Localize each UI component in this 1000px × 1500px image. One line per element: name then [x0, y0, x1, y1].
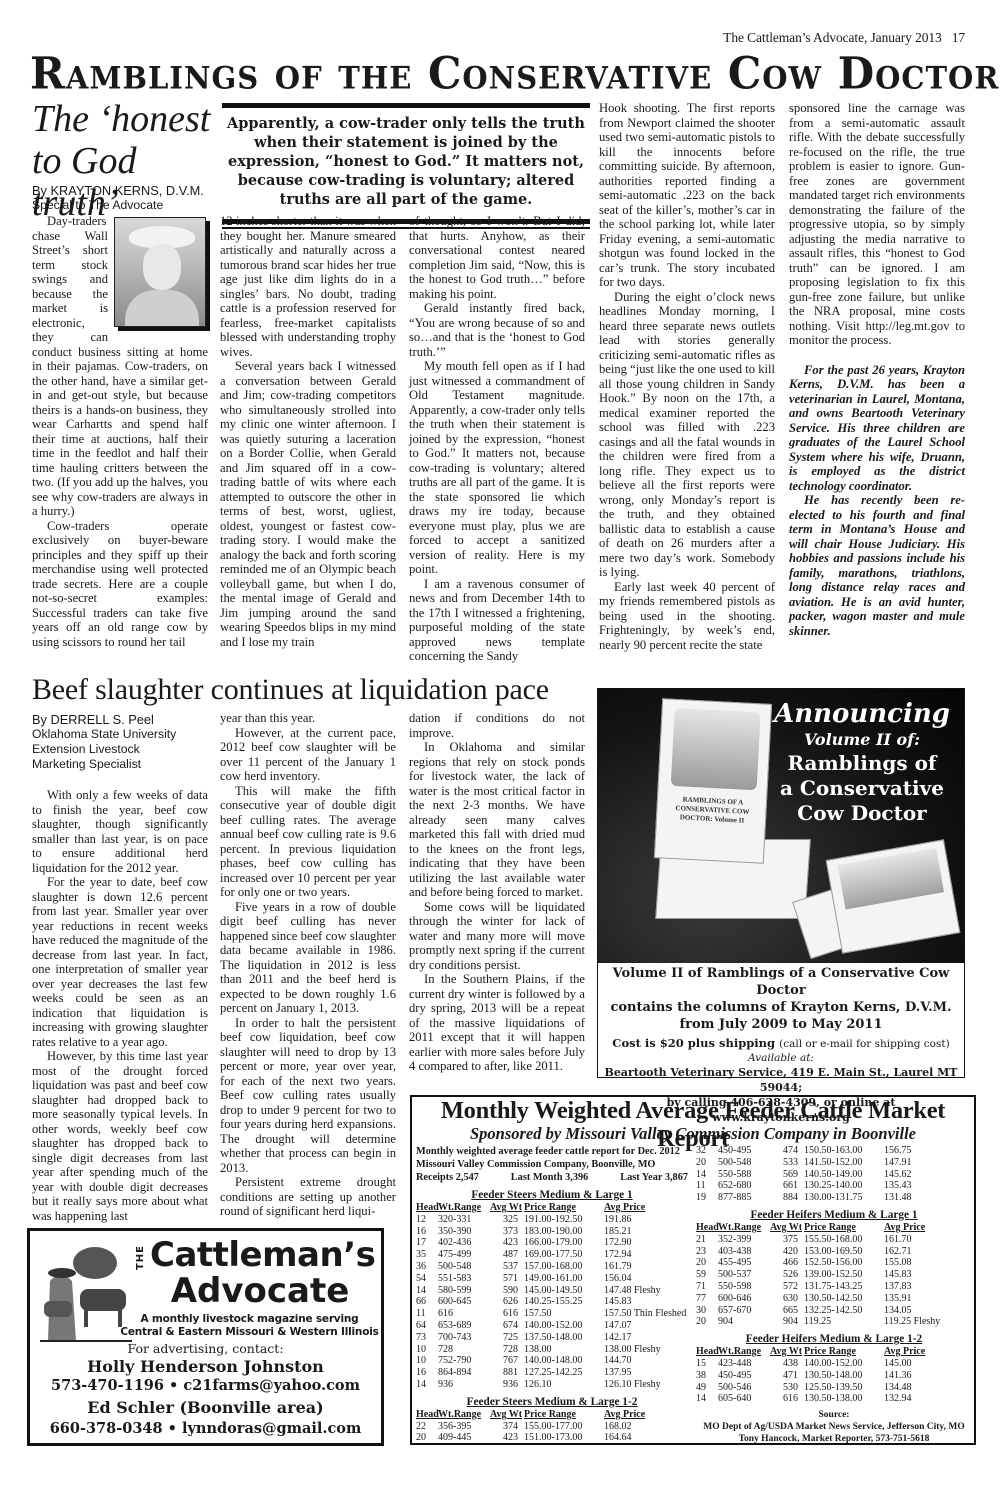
table-header: HeadWt.RangeAvg WtPrice RangeAvg Price: [416, 1202, 688, 1214]
cell-avg-price: 155.08: [884, 1257, 972, 1269]
cell-price-range: 152.50-156.00: [804, 1257, 884, 1269]
cell-wt-range: 551-583: [438, 1273, 490, 1285]
cell-wt-range: 605-640: [718, 1393, 770, 1405]
table-row: 20500-548533141.50-152.00147.91: [696, 1157, 972, 1169]
cell-avg-price: 134.05: [884, 1305, 972, 1317]
cell-price-range: 131.75-143.25: [804, 1281, 884, 1293]
section-feeder-steers-1: Feeder Steers Medium & Large 1HeadWt.Ran…: [416, 1188, 688, 1391]
beef-column-3: dation if conditions do not improve. In …: [409, 711, 585, 1074]
paragraph: However, at the current pace, 2012 beef …: [220, 726, 396, 784]
cell-wt-range: 402-436: [438, 1237, 490, 1249]
contact-phone-email[interactable]: 573-470-1196 • c21farms@yahoo.com: [30, 1376, 381, 1395]
table-row: 66600-645626140.25-155.25145.83: [416, 1296, 688, 1308]
table-row: 32450-495474150.50-163.00156.75: [696, 1145, 972, 1157]
availability-label: Available at:: [598, 1052, 964, 1065]
table-row: 30657-670665132.25-142.50134.05: [696, 1305, 972, 1317]
cell-head: Head: [696, 1346, 718, 1358]
cell-avg-wt: 471: [770, 1370, 804, 1382]
table-row: 36500-548537157.00-168.00161.79: [416, 1261, 688, 1273]
cell-wt-range: 728: [438, 1344, 490, 1356]
cell-wt-range: 550-588: [718, 1169, 770, 1181]
cell-head: 35: [416, 1249, 438, 1261]
cell-price-range: 166.00-179.00: [524, 1237, 604, 1249]
cell-avg-price: 157.50 Thin Fleshed: [604, 1308, 688, 1320]
cell-avg-wt: 420: [770, 1246, 804, 1258]
cell-head: 32: [696, 1145, 718, 1157]
cell-wt-range: 653-689: [438, 1320, 490, 1332]
cell-price-range: 140.00-152.00: [804, 1358, 884, 1370]
cell-wt-range: 423-448: [718, 1358, 770, 1370]
cell-price-range: Price Range: [804, 1346, 884, 1358]
beef-byline: By DERRELL S. Peel Oklahoma State Univer…: [32, 712, 208, 772]
ad-description: from July 2009 to May 2011: [598, 1016, 964, 1033]
cell-wt-range: 500-546: [718, 1382, 770, 1394]
cell-price-range: 140.50-149.00: [804, 1169, 884, 1181]
cell-avg-price: 185.21: [604, 1226, 688, 1238]
table-row: 22356-395374155.00-177.00168.02: [416, 1421, 688, 1433]
cell-head: 14: [696, 1393, 718, 1405]
cell-head: 20: [696, 1257, 718, 1269]
announce-text: Announcing: [772, 699, 952, 729]
logo-the: THE: [135, 1245, 146, 1270]
table-row: 20455-495466152.50-156.00155.08: [696, 1257, 972, 1269]
cell-wt-range: 500-537: [718, 1269, 770, 1281]
book-title-line: Cow Doctor: [772, 801, 952, 826]
tagline: A monthly livestock magazine serving Cen…: [112, 1313, 387, 1339]
ad-address: Beartooth Veterinary Service, 419 E. Mai…: [598, 1065, 964, 1095]
book-cover-standing: RAMBLINGS OF A CONSERVATIVE COW DOCTOR: …: [654, 698, 772, 864]
cell-price-range: Price Range: [524, 1409, 604, 1421]
cell-avg-price: 172.94: [604, 1249, 688, 1261]
cell-avg-wt: 325: [490, 1214, 524, 1226]
report-info: Monthly weighted average feeder cattle r…: [416, 1145, 688, 1158]
table-row: 10728728138.00138.00 Fleshy: [416, 1344, 688, 1356]
cell-avg-wt: 537: [490, 1261, 524, 1273]
paragraph: In the Southern Plains, if the current d…: [409, 972, 585, 1074]
cell-head: 16: [416, 1367, 438, 1379]
paragraph: year than this year.: [220, 711, 396, 726]
table-row: 21352-399375155.50-168.00161.70: [696, 1234, 972, 1246]
cell-wt-range: 450-495: [718, 1370, 770, 1382]
cell-wt-range: 877-885: [718, 1192, 770, 1204]
table-row: 16350-390373183.00-190.00185.21: [416, 1226, 688, 1238]
cell-price-range: 191.00-192.50: [524, 1214, 604, 1226]
paragraph: Hook shooting. The first reports from Ne…: [599, 101, 775, 290]
author-affiliation: Extension Livestock: [32, 742, 208, 757]
cell-avg-price: Avg Price: [604, 1409, 688, 1421]
cell-avg-wt: 728: [490, 1344, 524, 1356]
table-row: 12320-331325191.00-192.50191.86: [416, 1214, 688, 1226]
table-row: 17402-436423166.00-179.00172.90: [416, 1237, 688, 1249]
cell-price-range: Price Range: [524, 1202, 604, 1214]
cell-head: 22: [416, 1421, 438, 1433]
paragraph: of thought, so I won’t. But I did; that …: [409, 214, 585, 301]
cell-avg-price: 156.04: [604, 1273, 688, 1285]
section-masthead: Ramblings of the Conservative Cow Doctor: [30, 51, 970, 97]
author-bio: For the past 26 years, Krayton Kerns, D.…: [789, 363, 965, 494]
cell-head: 14: [416, 1379, 438, 1391]
source-line: Tony Hancock, Market Reporter, 573-751-5…: [696, 1433, 972, 1445]
cell-wt-range: 475-499: [438, 1249, 490, 1261]
cell-wt-range: 864-894: [438, 1367, 490, 1379]
receipts: Receipts 2,547: [416, 1171, 479, 1184]
cell-avg-wt: 526: [770, 1269, 804, 1281]
paragraph: For the year to date, beef cow slaughter…: [32, 875, 208, 1049]
paragraph: Several years back I witnessed a convers…: [220, 359, 396, 649]
cell-head: Head: [416, 1202, 438, 1214]
publication-date: The Cattleman’s Advocate, January 2013: [723, 30, 942, 45]
last-year: Last Year 3,867: [620, 1171, 688, 1184]
cell-wt-range: 550-598: [718, 1281, 770, 1293]
cell-price-range: 157.00-168.00: [524, 1261, 604, 1273]
cell-avg-price: 161.70: [884, 1234, 972, 1246]
cell-head: 20: [696, 1157, 718, 1169]
cell-avg-price: 138.00 Fleshy: [604, 1344, 688, 1356]
tagline-line: A monthly livestock magazine serving: [112, 1313, 387, 1326]
cell-price-range: 153.00-169.50: [804, 1246, 884, 1258]
paragraph: My mouth fell open as if I had just witn…: [409, 359, 585, 577]
cell-avg-wt: 438: [770, 1358, 804, 1370]
cell-wt-range: Wt.Range: [438, 1409, 490, 1421]
pullquote: Apparently, a cow-trader only tells the …: [222, 103, 590, 224]
cell-avg-price: 161.79: [604, 1261, 688, 1273]
cell-head: 15: [696, 1358, 718, 1370]
table-row: 14605-640616130.50-138.00132.94: [696, 1393, 972, 1405]
article-column-1: Day-traders chase Wall Street’s short te…: [32, 214, 208, 649]
beef-column-2: year than this year. However, at the cur…: [220, 711, 396, 1219]
cell-price-range: 183.00-190.00: [524, 1226, 604, 1238]
paragraph: Cow-traders operate exclusively on buyer…: [32, 519, 208, 650]
tagline-line: Central & Eastern Missouri & Western Ill…: [112, 1326, 387, 1339]
paragraph: sponsored line the carnage was from a se…: [789, 101, 965, 348]
cell-avg-wt: 572: [770, 1281, 804, 1293]
cell-avg-price: Avg Price: [884, 1222, 972, 1234]
paragraph: However, by this time last year most of …: [32, 1049, 208, 1223]
cell-wt-range: 616: [438, 1308, 490, 1320]
price-note: (call or e-mail for shipping cost): [779, 1038, 950, 1050]
cell-price-range: 169.00-177.50: [524, 1249, 604, 1261]
volume-text: Volume II of:: [772, 729, 952, 751]
cell-avg-wt: Avg Wt: [770, 1346, 804, 1358]
logo-name: Cattleman’s: [150, 1237, 380, 1273]
table-row: 14580-599590145.00-149.50147.48 Fleshy: [416, 1285, 688, 1297]
market-report: Monthly Weighted Average Feeder Cattle M…: [410, 1095, 976, 1445]
cell-avg-price: 142.17: [604, 1332, 688, 1344]
announcement-headline: Announcing Volume II of: Ramblings of a …: [772, 699, 952, 826]
cell-head: 49: [696, 1382, 718, 1394]
cell-wt-range: 936: [438, 1379, 490, 1391]
cell-price-range: 151.00-173.00: [524, 1432, 604, 1444]
cell-avg-wt: 626: [490, 1296, 524, 1308]
table-row: 64653-689674140.00-152.00147.07: [416, 1320, 688, 1332]
cell-head: 30: [696, 1305, 718, 1317]
author-photo: [114, 217, 206, 327]
table-row: 10752-790767140.00-148.00144.70: [416, 1355, 688, 1367]
cell-avg-price: 145.83: [884, 1269, 972, 1281]
cell-wt-range: 455-495: [718, 1257, 770, 1269]
paragraph: Persistent extreme drought conditions ar…: [220, 1175, 396, 1219]
cell-avg-wt: 630: [770, 1293, 804, 1305]
cell-price-range: 155.50-168.00: [804, 1234, 884, 1246]
cell-wt-range: 350-390: [438, 1226, 490, 1238]
cell-price-range: 140.00-148.00: [524, 1355, 604, 1367]
author-affiliation: Marketing Specialist: [32, 757, 208, 772]
cell-avg-wt: Avg Wt: [770, 1222, 804, 1234]
cell-avg-price: 191.86: [604, 1214, 688, 1226]
cell-head: 17: [416, 1237, 438, 1249]
article-column-4: Hook shooting. The first reports from Ne…: [599, 101, 775, 652]
cell-avg-price: 172.90: [604, 1237, 688, 1249]
cell-head: 20: [696, 1316, 718, 1328]
cell-avg-wt: Avg Wt: [490, 1202, 524, 1214]
cell-avg-price: 132.94: [884, 1393, 972, 1405]
cell-avg-wt: 571: [490, 1273, 524, 1285]
contact-phone-email[interactable]: 660-378-0348 • lynndoras@gmail.com: [30, 1419, 381, 1438]
cell-price-range: 138.00: [524, 1344, 604, 1356]
cell-price-range: 140.25-155.25: [524, 1296, 604, 1308]
cell-head: 19: [696, 1192, 718, 1204]
cell-avg-wt: 530: [770, 1382, 804, 1394]
cell-avg-wt: 466: [770, 1257, 804, 1269]
table-header: HeadWt.RangeAvg WtPrice RangeAvg Price: [416, 1409, 688, 1421]
section-title: Feeder Steers Medium & Large 1-2: [416, 1395, 688, 1409]
title-line: The ‘honest: [32, 98, 212, 140]
cell-wt-range: 409-445: [438, 1432, 490, 1444]
cell-price-range: 130.50-138.00: [804, 1393, 884, 1405]
cell-price-range: 130.50-142.50: [804, 1293, 884, 1305]
cell-head: 23: [696, 1246, 718, 1258]
cell-head: Head: [416, 1409, 438, 1421]
cell-head: 11: [696, 1180, 718, 1192]
paragraph: In Oklahoma and similar regions that rel…: [409, 740, 585, 900]
cell-avg-price: 144.70: [604, 1355, 688, 1367]
author-bio: He has recently been re-elected to his f…: [789, 493, 965, 638]
cell-avg-wt: 884: [770, 1192, 804, 1204]
cell-avg-price: 168.02: [604, 1421, 688, 1433]
cell-head: 20: [416, 1432, 438, 1444]
price-text: Cost is $20 plus shipping: [612, 1036, 775, 1050]
report-left-column: Monthly weighted average feeder cattle r…: [416, 1145, 688, 1444]
book-title-line: a Conservative: [772, 776, 952, 801]
table-row: 73700-743725137.50-148.00142.17: [416, 1332, 688, 1344]
cell-price-range: 149.00-161.00: [524, 1273, 604, 1285]
cell-head: 14: [696, 1169, 718, 1181]
cell-avg-wt: 374: [490, 1421, 524, 1433]
cell-head: 64: [416, 1320, 438, 1332]
cell-wt-range: 356-395: [438, 1421, 490, 1433]
cell-price-range: 126.10: [524, 1379, 604, 1391]
cell-head: 10: [416, 1344, 438, 1356]
table-row: 14550-588569140.50-149.00145.62: [696, 1169, 972, 1181]
cell-wt-range: 580-599: [438, 1285, 490, 1297]
cell-avg-price: 137.83: [884, 1281, 972, 1293]
cell-avg-wt: 904: [770, 1316, 804, 1328]
report-subtitle: Sponsored by Missouri Valley Commission …: [412, 1124, 974, 1144]
cell-wt-range: 320-331: [438, 1214, 490, 1226]
cell-avg-price: 156.75: [884, 1145, 972, 1157]
cell-avg-price: Avg Price: [604, 1202, 688, 1214]
table-row: 11652-680661130.25-140.00135.43: [696, 1180, 972, 1192]
cell-price-range: 125.50-139.50: [804, 1382, 884, 1394]
report-right-column: 32450-495474150.50-163.00156.7520500-548…: [696, 1145, 972, 1445]
cell-avg-wt: 375: [770, 1234, 804, 1246]
cell-avg-price: 135.91: [884, 1293, 972, 1305]
cell-wt-range: Wt.Range: [718, 1346, 770, 1358]
cell-avg-price: 135.43: [884, 1180, 972, 1192]
paragraph: I am a ravenous consumer of news and fro…: [409, 577, 585, 664]
cell-avg-price: 147.48 Fleshy: [604, 1285, 688, 1297]
page-number: 17: [952, 30, 965, 45]
cell-price-range: 145.00-149.50: [524, 1285, 604, 1297]
receipts-row: Receipts 2,547 Last Month 3,396 Last Yea…: [416, 1171, 688, 1184]
cell-head: 77: [696, 1293, 718, 1305]
section-title: Feeder Heifers Medium & Large 1-2: [696, 1332, 972, 1346]
cell-avg-wt: 616: [490, 1308, 524, 1320]
cell-avg-price: 164.64: [604, 1432, 688, 1444]
section-title: Feeder Steers Medium & Large 1: [416, 1188, 688, 1202]
cell-avg-price: Avg Price: [884, 1346, 972, 1358]
paragraph: Some cows will be liquidated through the…: [409, 900, 585, 973]
table-row: 23403-438420153.00-169.50162.71: [696, 1246, 972, 1258]
running-head: The Cattleman’s Advocate, January 201317: [723, 30, 965, 46]
cell-avg-price: 162.71: [884, 1246, 972, 1258]
cell-price-range: 137.50-148.00: [524, 1332, 604, 1344]
cell-avg-wt: 661: [770, 1180, 804, 1192]
contact-name: Ed Schler (Boonville area): [30, 1397, 381, 1419]
ad-description: Volume II of Ramblings of a Conservative…: [598, 965, 964, 999]
cell-price-range: 119.25: [804, 1316, 884, 1328]
cell-avg-wt: 767: [490, 1355, 524, 1367]
paragraph: With only a few weeks of data to finish …: [32, 788, 208, 875]
cell-price-range: 157.50: [524, 1308, 604, 1320]
cell-wt-range: Wt.Range: [718, 1222, 770, 1234]
table-row: 38450-495471130.50-148.00141.36: [696, 1370, 972, 1382]
last-month: Last Month 3,396: [511, 1171, 589, 1184]
cell-avg-price: 147.91: [884, 1157, 972, 1169]
table-row: 71550-598572131.75-143.25137.83: [696, 1281, 972, 1293]
contact-name: Holly Henderson Johnston: [30, 1357, 381, 1376]
advocate-advertisement: THE Cattleman’s Advocate A monthly lives…: [27, 1228, 384, 1446]
table-row: 11616616157.50157.50 Thin Fleshed: [416, 1308, 688, 1320]
cell-price-range: 130.25-140.00: [804, 1180, 884, 1192]
source-line: MO Dept of Ag/USDA Market News Service, …: [696, 1421, 972, 1433]
table-header: HeadWt.RangeAvg WtPrice RangeAvg Price: [696, 1222, 972, 1234]
cell-avg-wt: 487: [490, 1249, 524, 1261]
cell-head: 71: [696, 1281, 718, 1293]
cell-avg-price: 134.48: [884, 1382, 972, 1394]
cell-avg-wt: 881: [490, 1367, 524, 1379]
source-label: Source:: [696, 1409, 972, 1421]
cell-avg-price: 147.07: [604, 1320, 688, 1332]
section-feeder-steers-1-2-cont: 32450-495474150.50-163.00156.7520500-548…: [696, 1145, 972, 1204]
cell-avg-price: 145.62: [884, 1169, 972, 1181]
cell-price-range: 127.25-142.25: [524, 1367, 604, 1379]
cell-price-range: 139.00-152.50: [804, 1269, 884, 1281]
paragraph: 12 inches shorter than it was when they …: [220, 214, 396, 359]
paragraph: dation if conditions do not improve.: [409, 711, 585, 740]
cell-avg-price: 145.00: [884, 1358, 972, 1370]
cell-price-range: 140.00-152.00: [524, 1320, 604, 1332]
cell-avg-wt: 373: [490, 1226, 524, 1238]
report-info: Missouri Valley Commission Company, Boon…: [416, 1158, 688, 1171]
cell-wt-range: 657-670: [718, 1305, 770, 1317]
book-stack-photo: RAMBLINGS OF A CONSERVATIVE COW DOCTOR: …: [598, 689, 964, 963]
cell-wt-range: Wt.Range: [438, 1202, 490, 1214]
cell-head: 10: [416, 1355, 438, 1367]
author: By DERRELL S. Peel: [32, 712, 208, 727]
cell-avg-price: 131.48: [884, 1192, 972, 1204]
table-row: 54551-583571149.00-161.00156.04: [416, 1273, 688, 1285]
table-header: HeadWt.RangeAvg WtPrice RangeAvg Price: [696, 1346, 972, 1358]
cell-head: 36: [416, 1261, 438, 1273]
cell-price-range: 150.50-163.00: [804, 1145, 884, 1157]
cell-price-range: 141.50-152.00: [804, 1157, 884, 1169]
cell-avg-price: 141.36: [884, 1370, 972, 1382]
report-source: Source: MO Dept of Ag/USDA Market News S…: [696, 1409, 972, 1445]
cover-title: RAMBLINGS OF A CONSERVATIVE COW DOCTOR: …: [663, 794, 762, 826]
ad-description: contains the columns of Krayton Kerns, D…: [598, 999, 964, 1016]
byline: By KRAYTON KERNS, D.V.M. Special to The …: [32, 183, 204, 213]
cell-avg-wt: Avg Wt: [490, 1409, 524, 1421]
article-column-5: sponsored line the carnage was from a se…: [789, 101, 965, 638]
cell-avg-wt: 936: [490, 1379, 524, 1391]
cell-avg-wt: 569: [770, 1169, 804, 1181]
cell-head: 59: [696, 1269, 718, 1281]
paragraph: In order to halt the persistent beef cow…: [220, 1016, 396, 1176]
cell-wt-range: 600-645: [438, 1296, 490, 1308]
logo-name: Advocate: [150, 1273, 370, 1309]
cell-price-range: 155.00-177.00: [524, 1421, 604, 1433]
table-row: 15423-448438140.00-152.00145.00: [696, 1358, 972, 1370]
cell-head: 66: [416, 1296, 438, 1308]
beef-column-1: With only a few weeks of data to finish …: [32, 788, 208, 1223]
cell-head: Head: [696, 1222, 718, 1234]
table-row: 20409-445423151.00-173.00164.64: [416, 1432, 688, 1444]
table-row: 14936936126.10126.10 Fleshy: [416, 1379, 688, 1391]
book-fan-front: [826, 839, 961, 953]
cell-wt-range: 500-548: [718, 1157, 770, 1169]
cell-head: 14: [416, 1285, 438, 1297]
cell-price-range: 130.50-148.00: [804, 1370, 884, 1382]
table-row: 20904904119.25119.25 Fleshy: [696, 1316, 972, 1328]
cell-head: 21: [696, 1234, 718, 1246]
cell-avg-wt: 423: [490, 1432, 524, 1444]
cell-head: 54: [416, 1273, 438, 1285]
paragraph: This will make the fifth consecutive yea…: [220, 784, 396, 900]
cell-avg-price: 145.83: [604, 1296, 688, 1308]
article-column-3: of thought, so I won’t. But I did; that …: [409, 214, 585, 664]
cell-price-range: 130.00-131.75: [804, 1192, 884, 1204]
cell-avg-wt: 616: [770, 1393, 804, 1405]
cell-avg-price: 119.25 Fleshy: [884, 1316, 972, 1328]
contact-label: For advertising, contact:: [30, 1341, 381, 1357]
cell-head: 11: [416, 1308, 438, 1320]
cell-wt-range: 904: [718, 1316, 770, 1328]
cell-avg-wt: 474: [770, 1145, 804, 1157]
cell-wt-range: 352-399: [718, 1234, 770, 1246]
cell-avg-wt: 590: [490, 1285, 524, 1297]
cell-avg-price: 126.10 Fleshy: [604, 1379, 688, 1391]
section-feeder-heifers-1: Feeder Heifers Medium & Large 1HeadWt.Ra…: [696, 1208, 972, 1328]
ad-price: Cost is $20 plus shipping (call or e-mai…: [598, 1035, 964, 1052]
cell-head: 12: [416, 1214, 438, 1226]
cell-avg-price: 137.95: [604, 1367, 688, 1379]
section-title: Feeder Heifers Medium & Large 1: [696, 1208, 972, 1222]
cell-avg-wt: 674: [490, 1320, 524, 1332]
advertising-contacts: For advertising, contact: Holly Henderso…: [30, 1341, 381, 1438]
book-advertisement: RAMBLINGS OF A CONSERVATIVE COW DOCTOR: …: [597, 688, 965, 1078]
cell-wt-range: 652-680: [718, 1180, 770, 1192]
